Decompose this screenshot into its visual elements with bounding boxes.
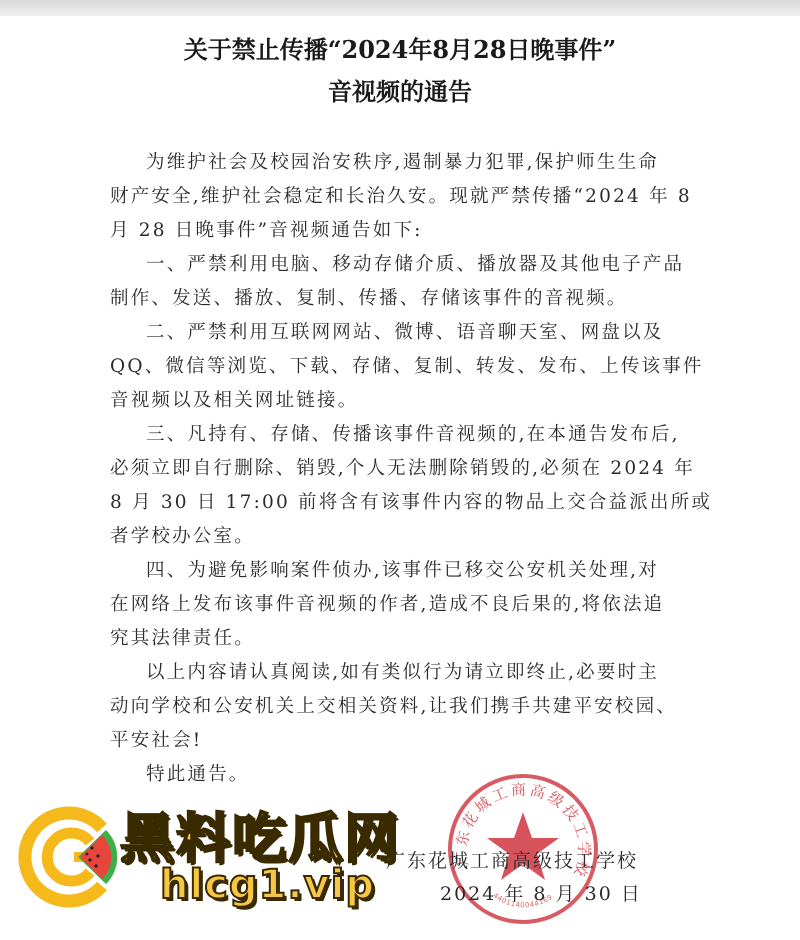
notice-title-line2: 音视频的通告 [0,72,800,107]
item-3-line2: 必须立即自行删除、销毁,个人无法删除销毁的,必须在 2024 年 [110,454,695,480]
signature-date: 2024 年 8 月 30 日 [440,879,642,906]
watermark-url: hlcg1.vip [160,862,375,908]
item-3-line3: 8 月 30 日 17:00 前将含有该事件内容的物品上交合益派出所或 [110,488,712,514]
item-4-line3: 究其法律责任。 [110,624,255,650]
notice-title-line1: 关于禁止传播“2024年8月28日晚事件” [0,30,800,65]
item-2-line3: 音视频以及相关网址链接。 [110,386,358,412]
item-3-line1: 三、凡持有、存储、传播该事件音视频的,在本通告发布后, [146,420,680,446]
item-1-line2: 制作、发送、播放、复制、传播、存储该事件的音视频。 [110,284,628,310]
signature-organization: 广东花城工商高级技工学校 [386,846,638,873]
closing-line2: 动向学校和公安机关上交相关资料,让我们携手共建平安校园、 [110,692,677,718]
item-2-line2: QQ、微信等浏览、下载、存储、复制、转发、发布、上传该事件 [110,352,704,378]
item-3-line4: 者学校办公室。 [110,522,255,548]
closing-line1: 以上内容请认真阅读,如有类似行为请立即终止,必要时主 [146,658,659,684]
item-4-line2: 在网络上发布该事件音视频的作者,造成不良后果的,将依法追 [110,590,664,616]
item-1-line1: 一、严禁利用电脑、移动存储介质、播放器及其他电子产品 [146,250,684,276]
paragraph-intro-line2: 财产安全,维护社会稳定和长治久安。现就严禁传播“2024 年 8 [110,182,692,208]
closing-statement: 特此通告。 [146,760,250,786]
top-shadow-bar [0,0,800,16]
closing-line3: 平安社会! [110,726,202,752]
paragraph-intro-line3: 月 28 日晚事件”音视频通告如下: [110,216,423,242]
watermelon-c-logo-icon [14,802,124,912]
paragraph-intro-line1: 为维护社会及校园治安秩序,遏制暴力犯罪,保护师生生命 [146,148,659,174]
item-2-line1: 二、严禁利用互联网网站、微博、语音聊天室、网盘以及 [146,318,664,344]
item-4-line1: 四、为避免影响案件侦办,该事件已移交公安机关处理,对 [146,556,659,582]
